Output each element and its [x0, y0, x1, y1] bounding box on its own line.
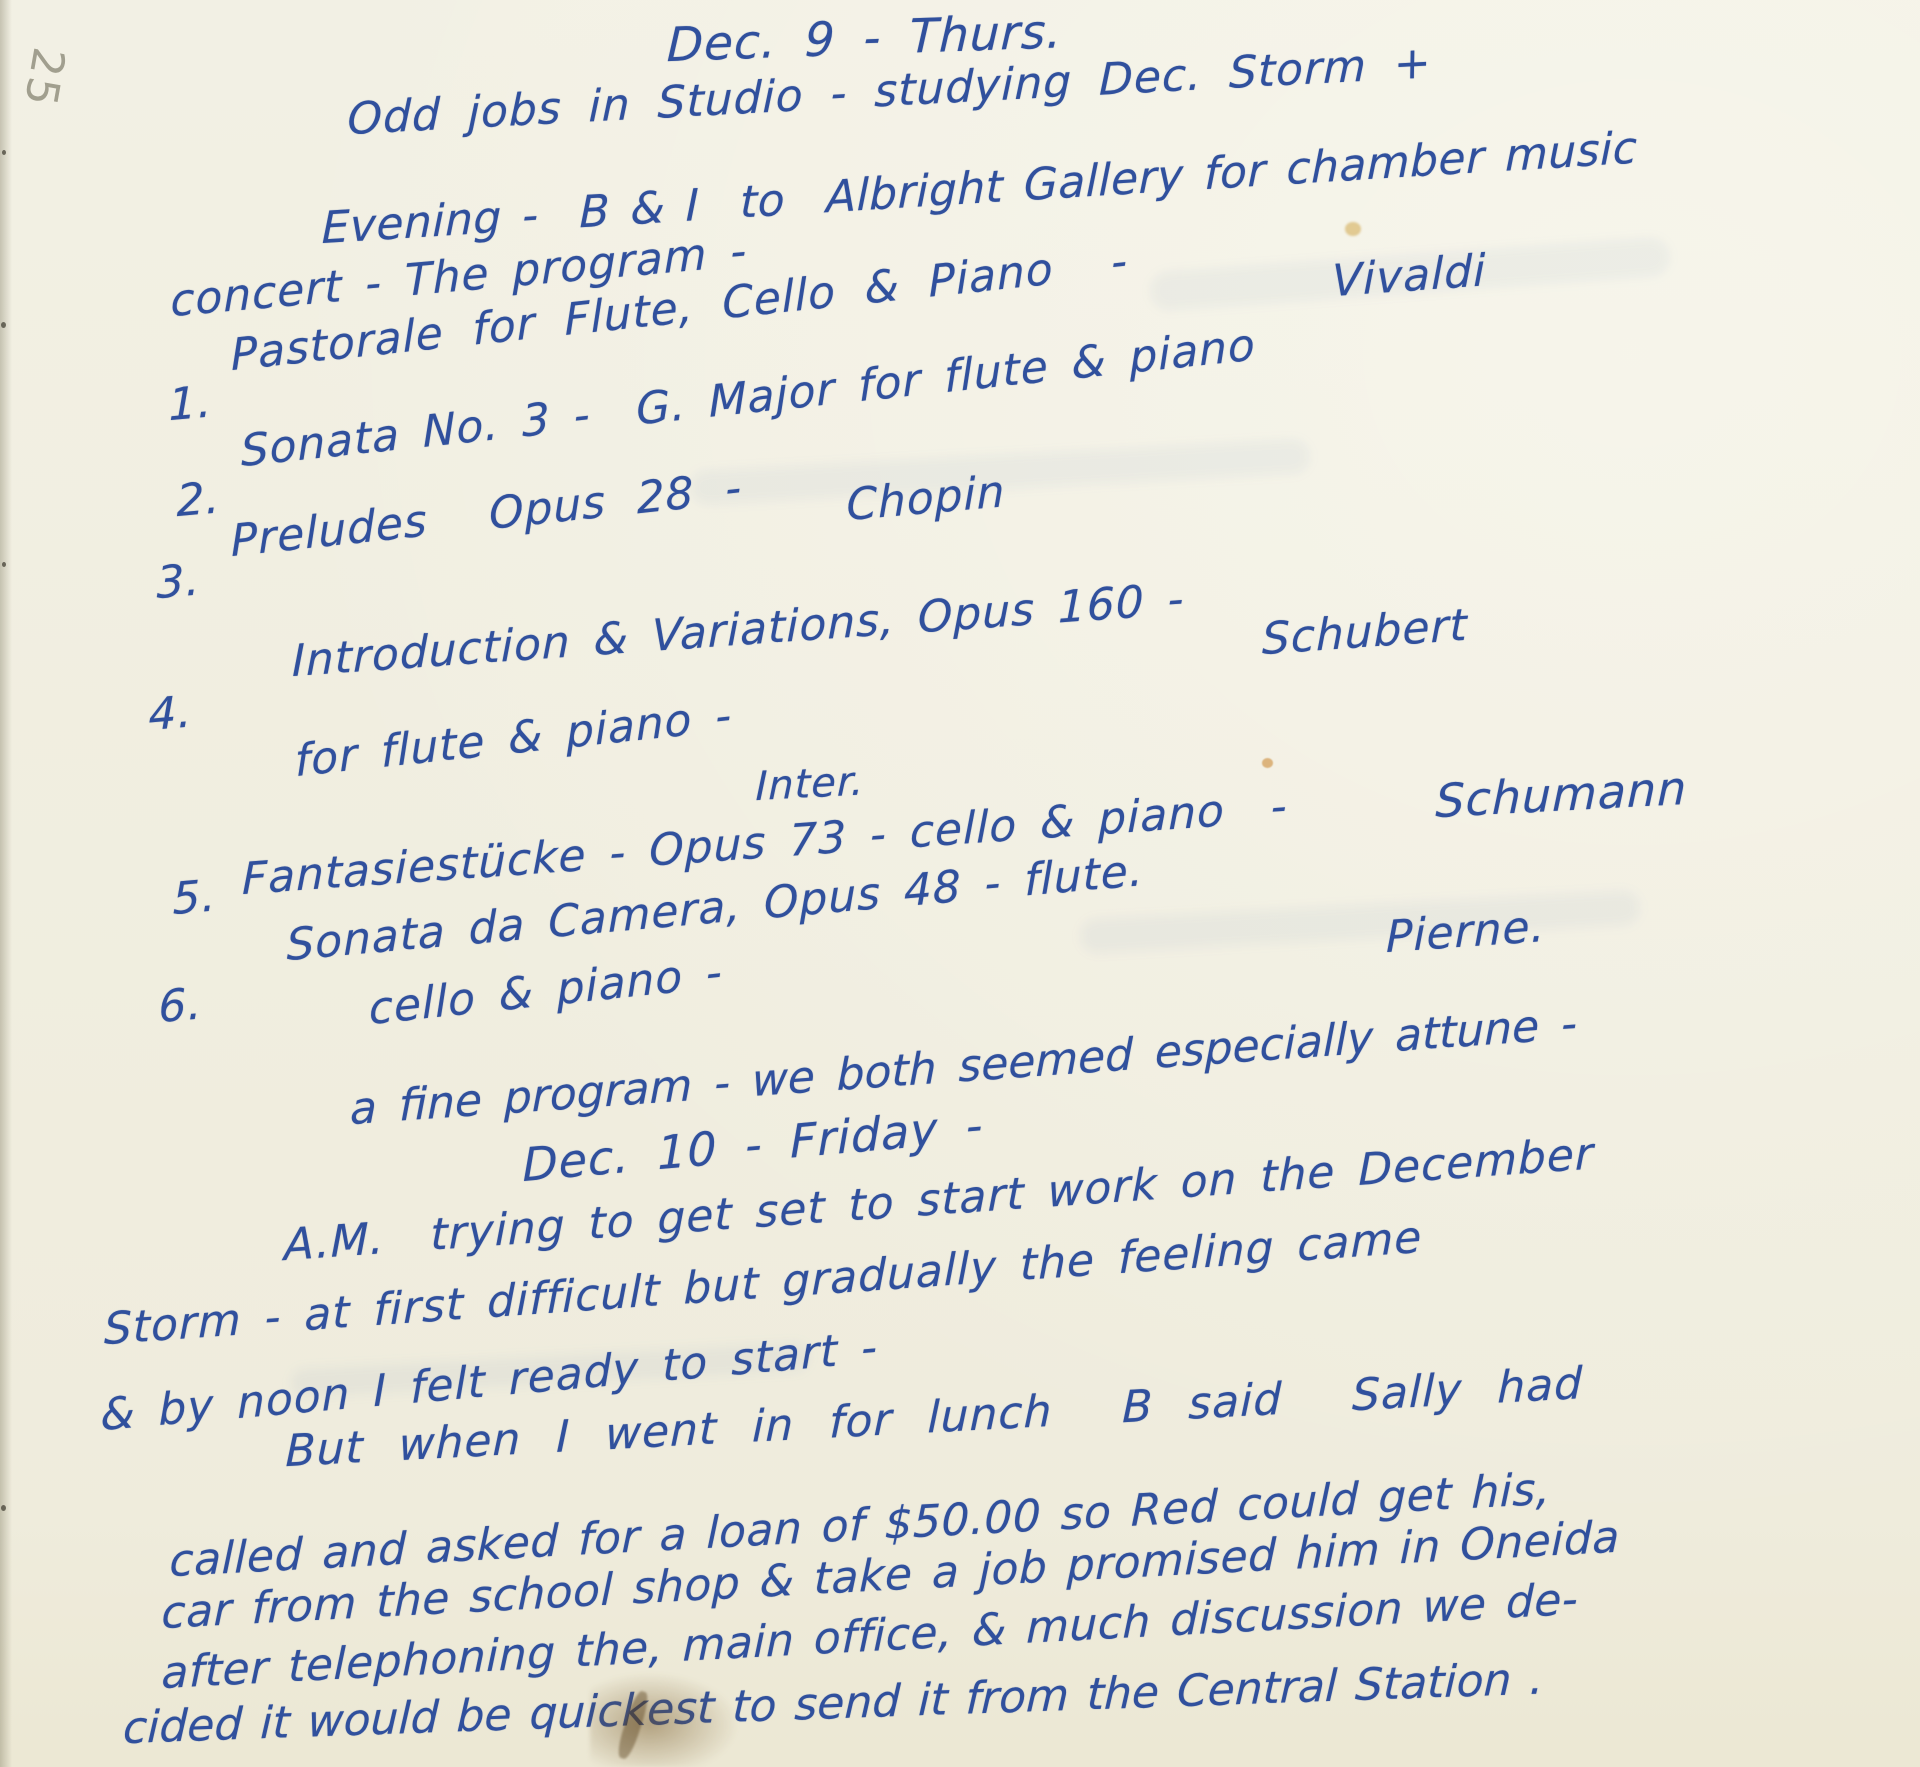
diary-page: 25 Dec. 9 - Thurs. Odd jobs in Studio - … [0, 0, 1920, 1767]
program-item-title: Introduction & Variations, Opus 160 - [292, 574, 1184, 688]
composer-name: Vivaldi [1332, 245, 1486, 307]
composer-name: Pierne. [1386, 901, 1545, 963]
program-item-subtitle: for flute & piano - [294, 690, 733, 787]
diary-line: Evening - B & I to Albright Gallery for … [322, 123, 1638, 255]
edge-speck [1, 322, 6, 328]
program-item-subtitle: cello & piano - [368, 947, 724, 1035]
ink-bleed-through [1079, 890, 1640, 953]
program-item-number: 1. [168, 376, 213, 431]
edge-speck [1, 1505, 6, 1511]
program-item-number: 3. [156, 554, 201, 609]
paper-stain [590, 1672, 740, 1767]
program-item-number: 2. [176, 472, 221, 527]
intermission-label: Inter. [755, 758, 865, 810]
edge-speck [2, 562, 6, 567]
pencil-page-number: 25 [14, 44, 75, 112]
scan-edge-shadow [0, 0, 12, 1767]
edge-speck [2, 150, 6, 155]
program-item-number: 4. [148, 686, 193, 741]
program-item-number: 6. [158, 978, 203, 1033]
paper-stain [1345, 222, 1361, 236]
program-item-number: 5. [172, 870, 217, 925]
program-item-title: Preludes Opus 28 - [230, 462, 743, 567]
paper-stain [1262, 758, 1273, 768]
composer-name: Schubert [1262, 600, 1468, 666]
composer-name: Schumann [1435, 761, 1688, 828]
